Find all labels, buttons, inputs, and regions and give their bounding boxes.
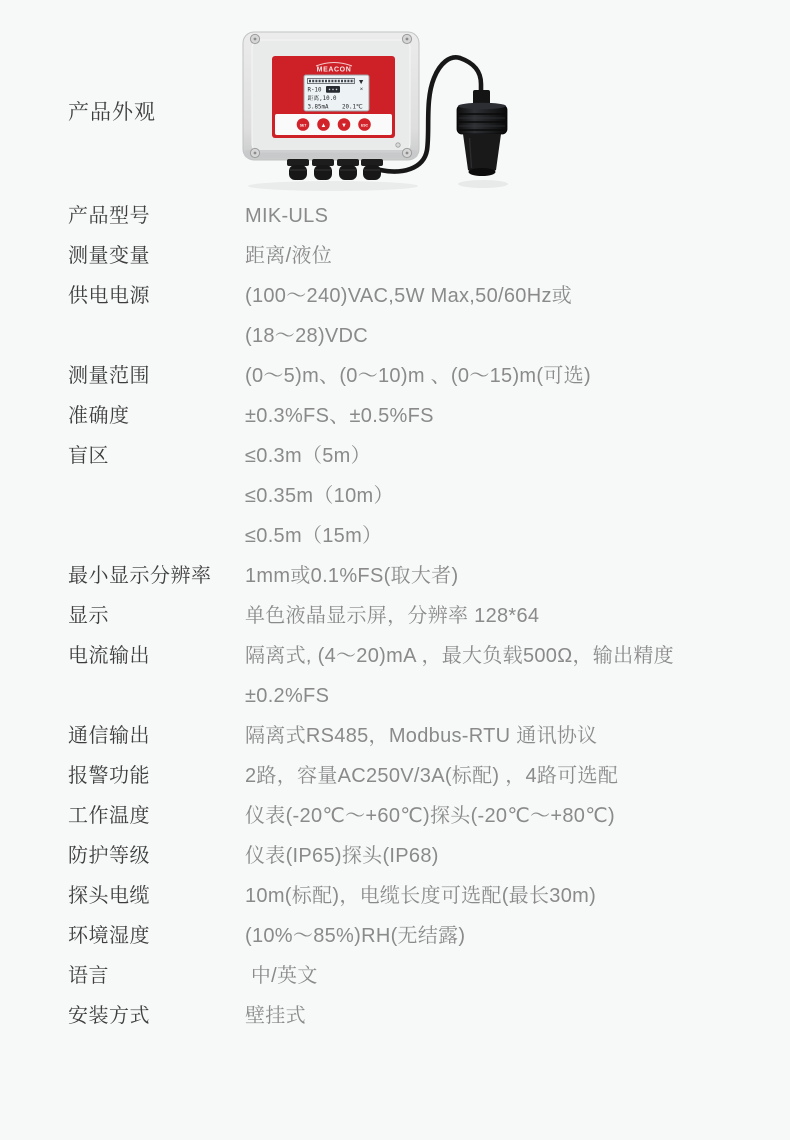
cable-glands	[287, 159, 383, 180]
product-spec-page: 产品外观	[0, 0, 790, 1140]
spec-value: 1mm或0.1%FS(取大者)	[245, 556, 760, 596]
spec-value: 10m(标配)，电缆长度可选配(最长30m)	[245, 876, 760, 916]
spec-row-model: 产品型号 MIK-ULS	[68, 196, 760, 236]
spec-value: MIK-ULS	[245, 196, 760, 236]
svg-text:▲: ▲	[321, 123, 327, 129]
device-shadow	[248, 181, 418, 191]
spec-label: 产品型号	[68, 196, 245, 236]
spec-row-humidity: 环境湿度 (10%～85%)RH(无结露)	[68, 916, 760, 956]
spec-value: 2路，容量AC250V/3A(标配) ，4路可选配	[245, 756, 760, 796]
spec-value: ≤0.3m（5m） ≤0.35m（10m） ≤0.5m（15m）	[245, 436, 760, 556]
spec-row-power: 供电电源 (100～240)VAC,5W Max,50/60Hz或 (18～28…	[68, 276, 760, 356]
spec-label: 盲区	[68, 436, 245, 476]
hero-section: 产品外观	[0, 0, 790, 196]
svg-text:SET: SET	[300, 123, 308, 127]
spec-row-probe-cable: 探头电缆 10m(标配)，电缆长度可选配(最长30m)	[68, 876, 760, 916]
spec-row-current-output: 电流输出 隔离式, (4～20)mA ，最大负载500Ω，输出精度 ±0.2%F…	[68, 636, 760, 716]
spec-label: 测量变量	[68, 236, 245, 276]
lcd-line3-temp: 20.1℃	[342, 105, 363, 111]
ultrasonic-probe	[457, 90, 507, 176]
spec-value: (100～240)VAC,5W Max,50/60Hz或 (18～28)VDC	[245, 276, 760, 356]
spec-table: 产品型号 MIK-ULS 测量变量 距离/液位 供电电源 (100～240)VA…	[0, 196, 790, 1036]
spec-label: 测量范围	[68, 356, 245, 396]
spec-value: 仪表(-20℃～+60℃)探头(-20℃～+80℃)	[245, 796, 760, 836]
spec-row-language: 语言 中/英文	[68, 956, 760, 996]
esc-button: ESC	[358, 118, 371, 131]
spec-label: 电流输出	[68, 636, 245, 676]
spec-value: 仪表(IP65)探头(IP68)	[245, 836, 760, 876]
spec-row-resolution: 最小显示分辨率 1mm或0.1%FS(取大者)	[68, 556, 760, 596]
lcd-display: ▼ ✕ R-10 距离,10.0 3.85mA	[304, 75, 369, 111]
lcd-line3-current: 3.85mA	[308, 105, 329, 111]
product-photo: MEACON ▼ ✕ R-10	[238, 18, 568, 193]
spec-value: 距离/液位	[245, 236, 760, 276]
spec-row-variable: 测量变量 距离/液位	[68, 236, 760, 276]
spec-value: 隔离式RS485，Modbus-RTU 通讯协议	[245, 716, 760, 756]
spec-row-comm-output: 通信输出 隔离式RS485，Modbus-RTU 通讯协议	[68, 716, 760, 756]
svg-text:ESC: ESC	[361, 123, 369, 127]
spec-row-display: 显示 单色液晶显示屏，分辨率 128*64	[68, 596, 760, 636]
spec-row-mounting: 安装方式 壁挂式	[68, 996, 760, 1036]
spec-value: 单色液晶显示屏，分辨率 128*64	[245, 596, 760, 636]
probe-shadow	[458, 180, 508, 188]
spec-label: 通信输出	[68, 716, 245, 756]
down-button: ▼	[338, 118, 351, 131]
up-button: ▲	[317, 118, 330, 131]
spec-value: (0～5)m、(0～10)m 、(0～15)m(可选)	[245, 356, 760, 396]
spec-row-blindzone: 盲区 ≤0.3m（5m） ≤0.35m（10m） ≤0.5m（15m）	[68, 436, 760, 556]
spec-row-work-temp: 工作温度 仪表(-20℃～+60℃)探头(-20℃～+80℃)	[68, 796, 760, 836]
spec-label: 最小显示分辨率	[68, 556, 245, 596]
spec-value: 隔离式, (4～20)mA ，最大负载500Ω，输出精度 ±0.2%FS	[245, 636, 760, 716]
spec-label: 安装方式	[68, 996, 245, 1036]
spec-label: 环境湿度	[68, 916, 245, 956]
spec-value: 中/英文	[245, 956, 760, 996]
svg-text:▼: ▼	[341, 123, 347, 129]
device-body: MEACON ▼ ✕ R-10	[243, 32, 419, 180]
lcd-mute-icon: ✕	[360, 87, 364, 93]
spec-row-protection: 防护等级 仪表(IP65)探头(IP68)	[68, 836, 760, 876]
spec-value: 壁挂式	[245, 996, 760, 1036]
spec-label: 探头电缆	[68, 876, 245, 916]
spec-row-accuracy: 准确度 ±0.3%FS、±0.5%FS	[68, 396, 760, 436]
lcd-line1: R-10	[308, 88, 322, 94]
lcd-badge	[326, 86, 340, 93]
spec-value: ±0.3%FS、±0.5%FS	[245, 396, 760, 436]
spec-label: 准确度	[68, 396, 245, 436]
spec-label: 防护等级	[68, 836, 245, 876]
spec-label: 语言	[68, 956, 245, 996]
spec-row-alarm: 报警功能 2路，容量AC250V/3A(标配) ，4路可选配	[68, 756, 760, 796]
spec-value: (10%～85%)RH(无结露)	[245, 916, 760, 956]
section-title: 产品外观	[68, 96, 156, 126]
lcd-line2: 距离,10.0	[308, 94, 338, 102]
svg-text:MEACON: MEACON	[317, 67, 352, 74]
spec-label: 显示	[68, 596, 245, 636]
spec-row-range: 测量范围 (0～5)m、(0～10)m 、(0～15)m(可选)	[68, 356, 760, 396]
set-button: SET	[297, 118, 310, 131]
spec-label: 供电电源	[68, 276, 245, 316]
device-illustration: MEACON ▼ ✕ R-10	[238, 18, 568, 193]
button-strip	[275, 114, 392, 135]
spec-label: 报警功能	[68, 756, 245, 796]
spec-label: 工作温度	[68, 796, 245, 836]
